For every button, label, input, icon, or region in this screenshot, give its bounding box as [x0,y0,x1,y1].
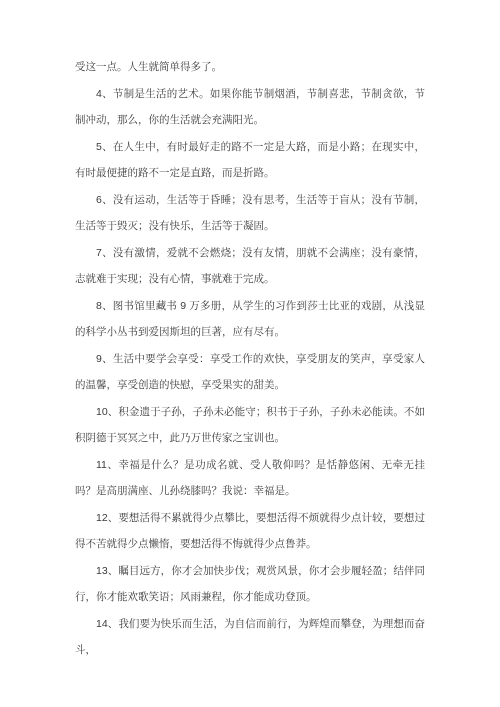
paragraph-item-7: 7、没有激情，爱就不会燃烧；没有友情，朋就不会满座；没有豪情，志就难于实现；没有… [75,240,425,293]
document-page: 受这一点。人生就简单得多了。 4、节制是生活的艺术。如果你能节制烟酒，节制喜悲，… [0,0,500,707]
paragraph-continuation: 受这一点。人生就简单得多了。 [75,54,425,81]
paragraph-item-11: 11、幸福是什么？是功成名就、受人敬仰吗？是恬静悠闲、无牵无挂吗？是高朋满座、儿… [75,452,425,505]
paragraph-item-14: 14、我们要为快乐而生活，为自信而前行，为辉煌而攀登，为理想而奋斗， [75,611,425,664]
document-text-block: 受这一点。人生就简单得多了。 4、节制是生活的艺术。如果你能节制烟酒，节制喜悲，… [75,54,425,664]
paragraph-item-9: 9、生活中要学会享受：享受工作的欢快，享受朋友的笑声，享受家人的温馨，享受创造的… [75,346,425,399]
paragraph-item-12: 12、要想活得不累就得少点攀比，要想活得不烦就得少点计较，要想过得不苦就得少点懒… [75,505,425,558]
paragraph-item-4: 4、节制是生活的艺术。如果你能节制烟酒，节制喜悲，节制贪欲，节制冲动，那么，你的… [75,81,425,134]
paragraph-item-13: 13、瞩目远方，你才会加快步伐；观赏风景，你才会步履轻盈；结伴同行，你才能欢歌笑… [75,558,425,611]
paragraph-item-8: 8、图书馆里藏书 9 万多册，从学生的习作到莎士比亚的戏剧，从浅显的科学小丛书到… [75,293,425,346]
paragraph-item-5: 5、在人生中，有时最好走的路不一定是大路，而是小路；在现实中，有时最便捷的路不一… [75,134,425,187]
paragraph-item-6: 6、没有运动，生活等于昏睡；没有思考，生活等于盲从；没有节制，生活等于毁灭；没有… [75,187,425,240]
paragraph-item-10: 10、积金遗于子孙，子孙未必能守；积书于子孙，子孙未必能读。不如积阴德于冥冥之中… [75,399,425,452]
